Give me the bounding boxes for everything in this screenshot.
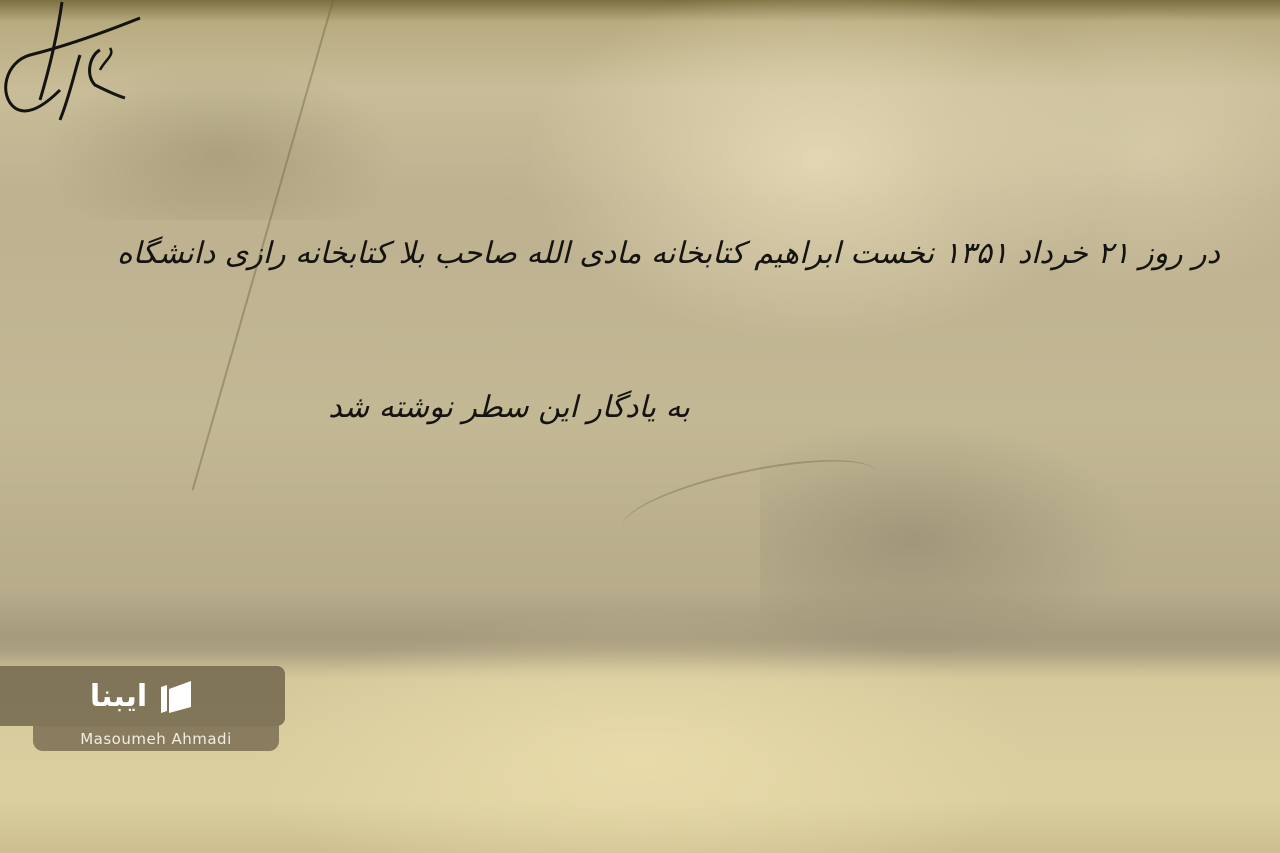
paper-stain xyxy=(40,60,400,220)
agency-watermark: ایبنا xyxy=(0,666,285,726)
handwritten-line-1: در روز ۲۱ خرداد ۱۳۵۱ نخست ابراهیم کتابخا… xyxy=(117,236,1220,271)
photographer-credit: Masoumeh Ahmadi xyxy=(33,726,279,751)
photo: در روز ۲۱ خرداد ۱۳۵۱ نخست ابراهیم کتابخا… xyxy=(0,0,1280,853)
agency-logo-text: ایبنا xyxy=(90,679,147,714)
paper-shadow xyxy=(0,590,1280,670)
handwritten-line-2: به یادگار این سطر نوشته شد xyxy=(328,390,690,425)
open-book-icon xyxy=(157,677,195,715)
